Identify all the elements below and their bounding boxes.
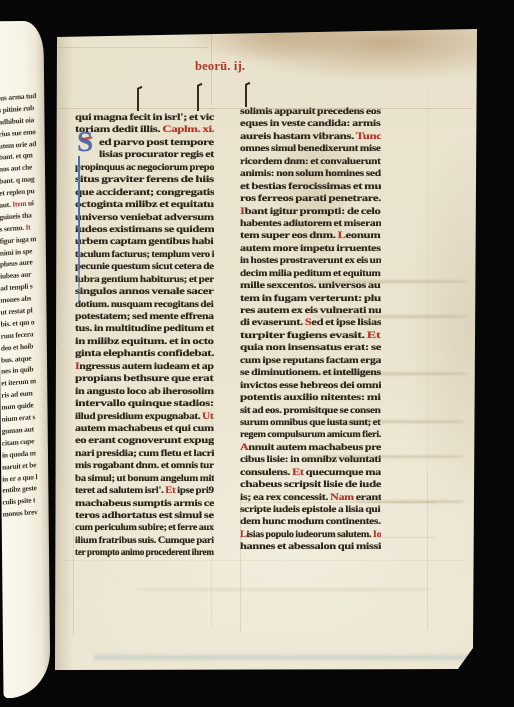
text-line: quia non insensatus erat: se [240, 340, 381, 352]
text-line: universo veniebat adversum [75, 210, 214, 222]
text-line: cum ipse reputans factam erga [240, 353, 381, 365]
text-line: scripte iudeis epistole a lisia qui [240, 502, 381, 514]
text-line-content: quia non insensatus erat: se [240, 342, 381, 352]
text-line: tem super eos dnm. Leonum [240, 228, 381, 240]
body-text: chabeus scripsit lisie de iude [240, 480, 381, 489]
text-line: autem more impetu irruentes [240, 241, 381, 253]
text-line: machabeus sumptis armis ce [75, 496, 214, 508]
body-text: omnes simul benedixerunt mise [240, 144, 381, 153]
text-line-content: ros ferreos parati penetrare. [240, 193, 381, 203]
text-line-content: Annuit autem machabeus pre [240, 442, 381, 452]
body-text: autem machabeus et qui cum [75, 424, 214, 433]
body-text: scripte iudeis epistole a lisia qui [240, 505, 380, 514]
text-line-content: in hostes prostraverunt ex eis un [240, 255, 381, 265]
text-line-content: tus. in multitudine peditum et [75, 323, 214, 333]
text-line: di evaserunt. Sed et ipse lisias [240, 315, 381, 327]
body-text: isias populo iudeorum salutem. [247, 530, 373, 539]
text-line-content: autem machabeus et qui cum [75, 423, 214, 433]
text-line-content: ba simul; ut bonum angelum mit [75, 473, 214, 483]
body-text: se diminutionem. et intelligens [240, 368, 381, 377]
body-text: iubeas aur [0, 270, 31, 281]
body-text: tus. in multitudine peditum et [75, 324, 214, 333]
body-text: ius arma tud [0, 91, 36, 103]
rubric-text: Et [165, 486, 175, 495]
text-line-content: lisias procurator regis et [99, 149, 214, 159]
text-line: eques in veste candida: armis [240, 116, 381, 128]
text-line-content: di evaserunt. Sed et ipse lisias [240, 317, 381, 327]
text-line: et bestias ferocissimas et mu [240, 179, 381, 191]
text-line: hannes et abessalon qui missi [240, 539, 381, 551]
body-text: cum ipse reputans factam erga [240, 356, 381, 365]
text-line-content: ter prompto animo procederent ihrem [75, 547, 214, 557]
body-text: invictos esse hebreos dei omni [240, 381, 381, 390]
text-line: surum omnibus que iusta sunt; et [240, 415, 381, 427]
body-text: propinquus ac negociorum prepo [75, 163, 214, 172]
text-line-content: dem hunc modum continentes. [240, 516, 381, 526]
body-text: situs graviter ferens de hiis [75, 175, 214, 184]
text-line-content: mille sexcentos. universos au [240, 280, 380, 290]
text-line: Annuit autem machabeus pre [240, 440, 381, 452]
body-text: quia non insensatus erat: se [240, 343, 381, 352]
text-line: intervallo quinque stadios: [75, 396, 214, 408]
text-line-content: scripte iudeis epistole a lisia qui [240, 504, 380, 514]
text-line-content: teret ad salutem isrl'. Et ipse pri9 [75, 485, 214, 495]
body-text: et bestias ferocissimas et mu [240, 182, 381, 191]
text-line: nari presidia; cum fletu et lacri [75, 446, 214, 458]
body-text: nes in quib [1, 365, 33, 376]
text-line-content: res autem ex eis vulnerati nu [240, 305, 381, 315]
text-line-content: taculum facturus; templum vero i [75, 249, 214, 259]
body-text: quecumque ma [304, 468, 381, 477]
text-line: Lisias populo iudeorum salutem. Io [240, 527, 381, 539]
text-line-content: Ibant igitur prompti: de celo [240, 206, 381, 216]
text-line: animis: non solum homines sed [240, 166, 381, 178]
body-text: que acciderant; congregatis [75, 188, 214, 197]
body-text: illud presidium expugnabat. [75, 412, 202, 421]
rubric-text: L [338, 231, 346, 240]
text-line: autem machabeus et qui cum [75, 421, 214, 433]
body-text: in er a quo l [2, 472, 37, 484]
text-line-content: qui magna fecit in isrl'; et vic [75, 112, 214, 122]
drop-cap-flourish [78, 156, 80, 304]
body-text: turpiter fugiens evasit. [240, 331, 367, 340]
body-text: citam cupe [2, 436, 34, 447]
text-line-content: teros adhortatus est simul se [75, 510, 214, 520]
text-line: habentes adiutorem et miseran [240, 216, 381, 228]
body-text: octoginta milibz et equitatu [75, 200, 214, 209]
text-line-content: surum omnibus que iusta sunt; et [240, 417, 380, 427]
text-line: se diminutionem. et intelligens [240, 365, 381, 377]
facing-text-line: monus brev [3, 506, 48, 521]
body-text: et replen pu [0, 186, 35, 198]
body-text: bant. et qm [0, 151, 33, 162]
body-text: cum periculum subire; et ferre aux [75, 523, 214, 532]
text-line: mis rogabant dnm. et omnis tur [75, 458, 214, 470]
body-text: res autem ex eis vulnerati nu [240, 306, 381, 315]
body-text: nimi in spe [0, 246, 32, 257]
body-text: ginta elephantis confidebat. [75, 349, 214, 358]
body-text: propians bethsure que erat [75, 374, 213, 383]
body-text: adhibuit oia [0, 115, 34, 127]
body-text: mones abs [0, 294, 31, 305]
text-line-content: sit ad eos. promisitque se consen [240, 405, 381, 415]
rubric-text: Caplm. xi. [162, 125, 214, 134]
text-line-content: lubra gentium habiturus; et per [75, 274, 214, 284]
body-text: nnuit autem machabeus pre [248, 443, 381, 452]
text-line: ilium fratribus suis. Cumque pari [75, 533, 214, 545]
parchment-crease [134, 588, 434, 591]
body-text: potestatem; sed mente effrena [75, 312, 214, 321]
text-line: dotium. nusquam recogitans dei [75, 297, 214, 309]
body-text: taculum facturus; templum vero i [75, 250, 214, 259]
text-line-content: cum periculum subire; et ferre aux [75, 522, 214, 532]
body-text: erant [354, 493, 381, 502]
text-line: regem compulsurum amicum fieri. [240, 427, 381, 439]
text-line: potentis auxilio nitentes: mi [240, 390, 381, 402]
text-line-content: singulos annos venale sacer [75, 286, 214, 296]
body-text: rius sue emo [0, 127, 36, 139]
body-text: et iterum m [1, 376, 36, 387]
body-text: pecunie questum sicut cetera de [75, 262, 214, 271]
text-line-content: nari presidia; cum fletu et lacri [75, 448, 214, 458]
body-text: universo veniebat adversum [75, 213, 214, 222]
ruling-line-right-margin-lower [427, 470, 428, 630]
ruling-line-top-left [56, 47, 208, 48]
ruling-line-left-margin [73, 523, 74, 635]
text-line-content: universo veniebat adversum [75, 212, 214, 222]
text-line: chabeus scripsit lisie de iude [240, 477, 381, 489]
body-text: potentis auxilio nitentes: mi [240, 393, 381, 402]
body-text: ricordem dnm: et convaluerunt [240, 157, 381, 166]
body-text: regem compulsurum amicum fieri. [240, 430, 381, 439]
text-line-content: habentes adiutorem et miseran [240, 218, 381, 228]
text-line-content: aureis hastam vibrans. Tunc [240, 131, 381, 141]
rubric-text: It [25, 222, 30, 231]
text-line: propians bethsure que erat [75, 371, 214, 383]
running-header: beorū. ij. [195, 59, 245, 74]
ascender-stroke [197, 85, 199, 111]
text-line: mille sexcentos. universos au [240, 278, 381, 290]
body-text: entibz geste [2, 484, 36, 495]
body-text: mis rogabant dnm. et omnis tur [75, 461, 214, 470]
text-line: in milibz equitum. et in octo [75, 334, 214, 346]
facing-page-text-column: ius arma tuds pitinie rubadhibuit oiariu… [0, 89, 48, 520]
text-line-content: cum ipse reputans factam erga [240, 355, 381, 365]
body-text: animis: non solum homines sed [240, 169, 381, 178]
rubric-text: Et [292, 468, 304, 477]
text-line: illud presidium expugnabat. Ut [75, 409, 214, 421]
text-line: in hostes prostraverunt ex eis un [240, 253, 381, 265]
text-line-content: et bestias ferocissimas et mu [240, 181, 381, 191]
body-text: figur iuga m [0, 234, 36, 246]
text-line-content: octoginta milibz et equitatu [75, 199, 214, 209]
right-text-column: solimis apparuit precedens eoseques in v… [240, 104, 381, 552]
body-text: naruit et be [2, 460, 36, 471]
text-line: teret ad salutem isrl'. Et ipse pri9 [75, 483, 214, 495]
text-line-content: Ingressus autem iudeam et ap [75, 361, 214, 371]
body-text: monus brev [3, 507, 38, 519]
body-text: aureis hastam vibrans. [240, 132, 356, 141]
body-text: bus. atque [1, 353, 32, 364]
text-line: octoginta milibz et equitatu [75, 197, 214, 209]
text-line: dem hunc modum continentes. [240, 514, 381, 526]
text-line: ricordem dnm: et convaluerunt [240, 154, 381, 166]
text-line-content: decim milia peditum et equitum [240, 268, 381, 278]
body-text: tem in fugam verterunt: plu [240, 294, 381, 303]
text-line: ros ferreos parati penetrare. [240, 191, 381, 203]
text-line: is; ea rex concessit. Nam erant [240, 490, 381, 502]
text-line: decim milia peditum et equitum [240, 266, 381, 278]
text-line: ter prompto animo procederent ihrem [75, 545, 214, 557]
text-line-content: eo erant cognoverunt expug [75, 435, 214, 445]
text-line-content: tem super eos dnm. Leonum [240, 230, 380, 240]
body-text: num quide [1, 400, 33, 411]
body-text: surum omnibus que iusta sunt; et [240, 418, 380, 427]
text-line-content: autem more impetu irruentes [240, 243, 381, 253]
body-text: s sermo. [0, 223, 26, 234]
body-text: lisias procurator regis et [99, 150, 214, 159]
text-line-content: animis: non solum homines sed [240, 168, 381, 178]
text-line: iudeos existimans se quidem [75, 222, 214, 234]
text-line-content: iudeos existimans se quidem [75, 224, 214, 234]
body-text: hannes et abessalon qui missi [240, 542, 381, 551]
text-line: situs graviter ferens de hiis [75, 172, 214, 184]
text-line: tem in fugam verterunt: plu [240, 291, 381, 303]
text-line-content: hannes et abessalon qui missi [240, 541, 381, 551]
text-line: qui magna fecit in isrl'; et vic [75, 110, 214, 122]
text-line: res autem ex eis vulnerati nu [240, 303, 381, 315]
rubric-text: Et [367, 331, 380, 340]
text-line: que acciderant; congregatis [75, 185, 214, 197]
text-line-content: pecunie questum sicut cetera de [75, 261, 214, 271]
text-line-content: machabeus sumptis armis ce [75, 498, 214, 508]
body-text: eques in veste candida: armis [240, 119, 380, 128]
text-line: Ibant igitur prompti: de celo [240, 204, 381, 216]
page-bottom-sheen [94, 653, 468, 662]
body-text: in angusto loco ab iherosolim [75, 387, 214, 396]
text-line: tus. in multitudine peditum et [75, 321, 214, 333]
body-text: intervallo quinque stadios: [75, 399, 214, 408]
body-text: cibus lisie: in omnibz voluntati [240, 455, 381, 464]
text-line: teros adhortatus est simul se [75, 508, 214, 520]
body-text: lubra gentium habiturus; et per [75, 275, 214, 284]
text-line-content: situs graviter ferens de hiis [75, 174, 214, 184]
body-text: singulos annos venale sacer [75, 287, 214, 296]
body-text: nium erat s [2, 412, 36, 423]
rubric-text: Io [373, 530, 381, 539]
rubric-text: Tunc [356, 132, 381, 141]
text-line-content: ricordem dnm: et convaluerunt [240, 156, 381, 166]
text-line-content: consulens. Et quecumque ma [240, 467, 381, 477]
body-text: bant igitur prompti: de celo [245, 207, 381, 216]
body-text: pheus aure [0, 258, 33, 269]
text-line-content: invictos esse hebreos dei omni [240, 380, 381, 390]
text-line-content: ilium fratribus suis. Cumque pari [75, 535, 214, 545]
text-line-content: intervallo quinque stadios: [75, 398, 214, 408]
text-line: urbem captam gentibus habi [75, 234, 214, 246]
body-text: ros ferreos parati penetrare. [240, 194, 381, 203]
body-text: in quoda m [2, 448, 36, 459]
body-text: dotium. nusquam recogitans dei [75, 300, 214, 309]
body-text: is; ea rex concessit. [240, 493, 330, 502]
text-line: sit ad eos. promisitque se consen [240, 403, 381, 415]
body-text: s pitinie rub [0, 103, 34, 115]
rubric-text: Ut [202, 412, 213, 421]
text-line-content: in angusto loco ab iherosolim [75, 386, 214, 396]
left-text-column: qui magna fecit in isrl'; et victoriam d… [75, 110, 214, 558]
text-line: eo erant cognoverunt expug [75, 433, 214, 445]
text-line: omnes simul benedixerunt mise [240, 141, 381, 153]
body-text: guineis tha [0, 210, 32, 221]
body-text: ed et ipse lisias [311, 318, 381, 327]
body-text: nari presidia; cum fletu et lacri [75, 449, 214, 458]
text-line-content: se diminutionem. et intelligens [240, 367, 381, 377]
text-line-content: propinquus ac negociorum prepo [75, 162, 214, 172]
body-text: dem hunc modum continentes. [240, 517, 381, 526]
text-line-content: solimis apparuit precedens eos [240, 106, 381, 116]
body-text: machabeus sumptis armis ce [75, 499, 214, 508]
text-line-content: ginta elephantis confidebat. [75, 348, 214, 358]
body-text: habentes adiutorem et miseran [240, 219, 381, 228]
body-text: decim milia peditum et equitum [240, 269, 381, 278]
body-text: qui magna fecit in isrl'; et vic [75, 113, 214, 122]
body-text: culis psite t [2, 496, 35, 507]
text-line: pecunie questum sicut cetera de [75, 259, 214, 271]
rubric-text: Nam [330, 493, 354, 502]
text-line: cibus lisie: in omnibz voluntati [240, 452, 381, 464]
text-line-content: potestatem; sed mente effrena [75, 311, 214, 321]
facing-page: ius arma tuds pitinie rubadhibuit oiariu… [0, 21, 51, 698]
text-line: potestatem; sed mente effrena [75, 309, 214, 321]
text-line-content: mis rogabant dnm. et omnis tur [75, 460, 214, 470]
text-line-content: Lisias populo iudeorum salutem. Io [240, 529, 381, 539]
text-line-content: ed parvo post tempore [99, 137, 214, 147]
text-line-content: dotium. nusquam recogitans dei [75, 299, 214, 309]
body-text: tem super eos dnm. [240, 231, 338, 240]
body-text: guman aut [2, 424, 34, 435]
text-line-content: cibus lisie: in omnibz voluntati [240, 454, 381, 464]
body-text: bant. q mag [0, 174, 35, 186]
ascender-stroke [137, 88, 139, 111]
text-line-content: eques in veste candida: armis [240, 118, 380, 128]
text-line: propinquus ac negociorum prepo [75, 160, 214, 172]
text-line: in angusto loco ab iherosolim [75, 384, 214, 396]
text-line: ginta elephantis confidebat. [75, 346, 214, 358]
text-line: solimis apparuit precedens eos [240, 104, 381, 116]
text-line-content: chabeus scripsit lisie de iude [240, 479, 381, 489]
text-line: invictos esse hebreos dei omni [240, 378, 381, 390]
text-line-content: regem compulsurum amicum fieri. [240, 429, 381, 439]
body-text: ilium fratribus suis. Cumque pari [75, 536, 214, 545]
text-line: singulos annos venale sacer [75, 284, 214, 296]
body-text: ris ad eum [1, 389, 32, 400]
body-text: eo erant cognoverunt expug [75, 436, 214, 445]
body-text: urbem captam gentibus habi [75, 237, 213, 246]
body-text: ad templi s [0, 282, 32, 293]
body-text: ter prompto animo procederent ihrem [75, 548, 214, 557]
text-line-content: in milibz equitum. et in octo [75, 336, 214, 346]
manuscript-photo: ius arma tuds pitinie rubadhibuit oiariu… [0, 0, 514, 707]
text-line-content: propians bethsure que erat [75, 373, 213, 383]
text-line: consulens. Et quecumque ma [240, 465, 381, 477]
text-line-content: urbem captam gentibus habi [75, 236, 213, 246]
text-line-content: turpiter fugiens evasit. Et [240, 330, 380, 340]
body-text: in hostes prostraverunt ex eis un [240, 256, 381, 265]
text-line-content: tem in fugam verterunt: plu [240, 293, 381, 303]
text-line-content: omnes simul benedixerunt mise [240, 143, 381, 153]
body-text: aut. [0, 200, 12, 210]
body-text: mille sexcentos. universos au [240, 281, 380, 290]
body-text: solimis apparuit precedens eos [240, 107, 381, 116]
body-text: rum fecera [1, 329, 34, 340]
text-line-content: potentis auxilio nitentes: mi [240, 392, 381, 402]
text-line: aureis hastam vibrans. Tunc [240, 129, 381, 141]
body-text: ipse pri9 [175, 486, 213, 495]
text-line-content: is; ea rex concessit. Nam erant [240, 492, 381, 502]
body-text: ut restat pl [0, 305, 32, 316]
body-text: utem orie ad [0, 139, 36, 151]
text-line: Ingressus autem iudeam et ap [75, 359, 214, 371]
text-line: turpiter fugiens evasit. Et [240, 328, 381, 340]
text-line: taculum facturus; templum vero i [75, 247, 214, 259]
text-line: lubra gentium habiturus; et per [75, 272, 214, 284]
body-text: ba simul; ut bonum angelum mit [75, 474, 214, 483]
text-line: cum periculum subire; et ferre aux [75, 520, 214, 532]
body-text: bis. et qm o [1, 317, 35, 328]
body-text: sit ad eos. promisitque se consen [240, 406, 381, 415]
main-page: beorū. ij. qui magna fecit in isrl'; et … [54, 28, 478, 671]
drop-cap-initial: S [77, 129, 99, 157]
fold-line-horizontal [64, 560, 464, 561]
rubric-text: Item [12, 199, 26, 209]
body-text: ed parvo post tempore [99, 138, 214, 147]
body-text: eonum [346, 231, 381, 240]
text-line-content: illud presidium expugnabat. Ut [75, 411, 213, 421]
body-text: autem more impetu irruentes [240, 244, 381, 253]
body-text: ngressus autem iudeam et ap [79, 362, 213, 371]
body-text: in milibz equitum. et in octo [75, 337, 214, 346]
body-text: di evaserunt. [240, 318, 305, 327]
body-text: iudeos existimans se quidem [75, 225, 214, 234]
body-text: teros adhortatus est simul se [75, 511, 214, 520]
body-text: ui [26, 198, 34, 208]
body-text: nos aut che [0, 163, 32, 174]
text-line-content: que acciderant; congregatis [75, 187, 214, 197]
body-text: consulens. [240, 468, 292, 477]
body-text: teret ad salutem isrl'. [75, 486, 165, 495]
text-line: ba simul; ut bonum angelum mit [75, 471, 214, 483]
body-text: deo et hoib [1, 341, 33, 352]
